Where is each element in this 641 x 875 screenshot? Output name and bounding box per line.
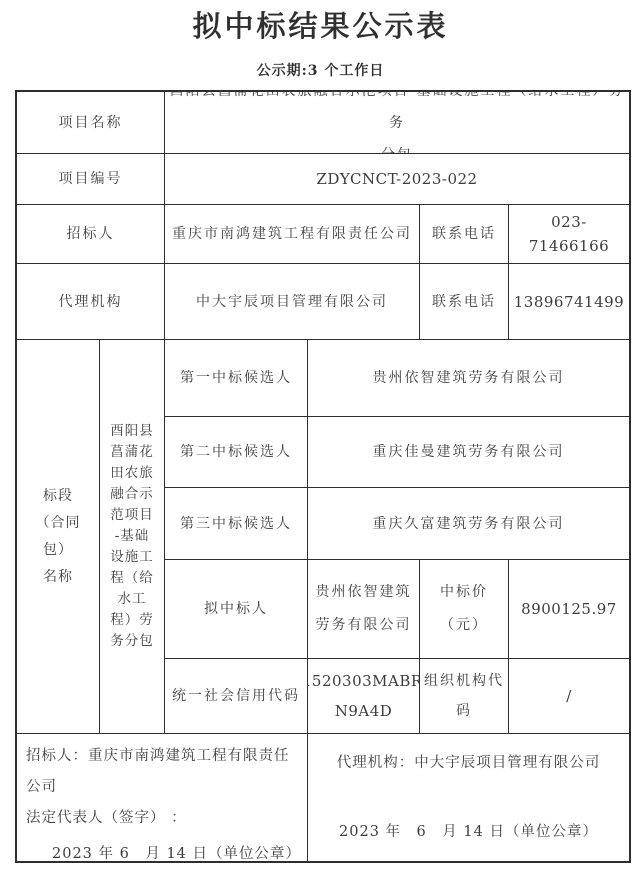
agency-label: 代理机构: [17, 264, 165, 340]
second-candidate-value: 重庆佳曼建筑劳务有限公司: [308, 417, 629, 488]
tenderer-label: 招标人: [17, 205, 165, 264]
second-candidate-label: 第二中标候选人: [165, 417, 308, 488]
project-number-value: ZDYCNCT-2023-022: [165, 154, 629, 205]
uscc-value: 91520303MABRD N9A4D: [308, 659, 420, 734]
proposed-winner-label: 拟中标人: [165, 560, 308, 659]
first-candidate-value: 贵州依智建筑劳务有限公司: [308, 340, 629, 417]
third-candidate-label: 第三中标候选人: [165, 488, 308, 560]
section-package-name: 酉阳县 菖蒲花 田农旅 融合示 范项目 -基础 设施工 程（给 水工 程）劳 务…: [100, 340, 165, 734]
agency-value: 中大宇辰项目管理有限公司: [165, 264, 420, 340]
publicity-form-page: 拟中标结果公示表 公示期:3 个工作日 项目名称 酉阳县菖蒲花田农旅融合示范项目…: [0, 0, 641, 875]
tenderer-date-line: 2023 年 6 月 14 日（单位公章）: [26, 839, 298, 861]
tenderer-signature-block: 招标人：重庆市南鸿建筑工程有限责任公司 法定代表人（签字） ： 2023 年 6…: [17, 734, 308, 861]
org-code-label: 组织机构代 码: [420, 659, 509, 734]
publicity-period: 公示期:3 个工作日: [0, 61, 641, 81]
agency-date-line: 2023 年 6 月 14 日（单位公章）: [339, 820, 598, 844]
project-name-label: 项目名称: [17, 92, 165, 154]
org-code-value: /: [509, 659, 629, 734]
uscc-label: 统一社会信用代码: [165, 659, 308, 734]
third-candidate-value: 重庆久富建筑劳务有限公司: [308, 488, 629, 560]
agency-signature-line: 代理机构：中大宇辰项目管理有限公司: [337, 751, 601, 775]
project-number-label: 项目编号: [17, 154, 165, 205]
section-package-label: 标段 （合同包） 名称: [17, 340, 100, 734]
winning-price-label: 中标价 （元）: [420, 560, 509, 659]
agency-signature-block: 代理机构：中大宇辰项目管理有限公司 2023 年 6 月 14 日（单位公章）: [308, 734, 629, 861]
first-candidate-label: 第一中标候选人: [165, 340, 308, 417]
tenderer-contact-label: 联系电话: [420, 205, 509, 264]
tenderer-value: 重庆市南鸿建筑工程有限责任公司: [165, 205, 420, 264]
tenderer-signature-line: 招标人：重庆市南鸿建筑工程有限责任公司: [26, 741, 298, 803]
page-title: 拟中标结果公示表: [0, 6, 641, 46]
tenderer-phone-value: 023-71466166: [509, 205, 629, 264]
agency-phone-value: 13896741499: [509, 264, 629, 340]
winning-price-value: 8900125.97: [509, 560, 629, 659]
proposed-winner-value: 贵州依智建筑 劳务有限公司: [308, 560, 420, 659]
legal-representative-line: 法定代表人（签字） ：: [26, 803, 298, 834]
result-table: 项目名称 酉阳县菖蒲花田农旅融合示范项目-基础设施工程（给水工程）劳务 分包 项…: [15, 90, 631, 863]
agency-contact-label: 联系电话: [420, 264, 509, 340]
project-name-value: 酉阳县菖蒲花田农旅融合示范项目-基础设施工程（给水工程）劳务 分包: [165, 92, 629, 154]
